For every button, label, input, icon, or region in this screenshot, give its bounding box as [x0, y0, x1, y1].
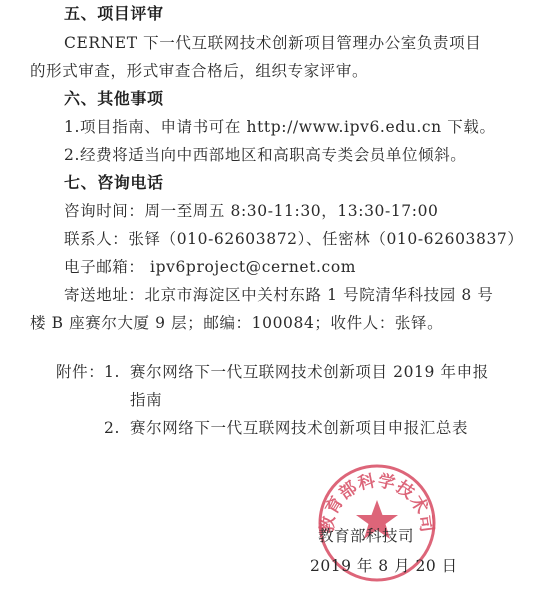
- paragraph: 1.项目指南、申请书可在 http://www.ipv6.edu.cn 下载。: [64, 117, 496, 137]
- section-heading-contact: 七、咨询电话: [64, 173, 164, 193]
- paragraph: CERNET 下一代互联网技术创新项目管理办公室负责项目: [64, 33, 481, 53]
- paragraph: 的形式审查，形式审查合格后，组织专家评审。: [30, 61, 368, 81]
- section-heading-other: 六、其他事项: [64, 89, 164, 109]
- contact-persons: 联系人：张铎（010-62603872）、任密林（010-62603837）: [64, 229, 523, 249]
- signing-date: 2019 年 8 月 20 日: [310, 554, 458, 576]
- attachment-1-title: 赛尔网络下一代互联网技术创新项目 2019 年申报: [130, 362, 489, 382]
- attachment-2-num: 2.: [104, 418, 120, 438]
- consult-hours: 咨询时间：周一至周五 8:30-11:30，13:30-17:00: [64, 201, 439, 221]
- attachment-1-num: 1.: [104, 362, 120, 382]
- attachment-2-title: 赛尔网络下一代互联网技术创新项目申报汇总表: [130, 418, 468, 438]
- signing-organization: 教育部科技司: [318, 524, 414, 546]
- section-heading-review: 五、项目评审: [64, 4, 164, 24]
- mailing-address-cont: 楼 B 座赛尔大厦 9 层；邮编：100084；收件人：张铎。: [30, 313, 443, 333]
- contact-email: 电子邮箱： ipv6project@cernet.com: [64, 257, 356, 277]
- attachment-1-title-cont: 指南: [130, 390, 162, 410]
- paragraph: 2.经费将适当向中西部地区和高职高专类会员单位倾斜。: [64, 145, 466, 165]
- mailing-address: 寄送地址：北京市海淀区中关村东路 1 号院清华科技园 8 号: [64, 285, 493, 305]
- attachments-label: 附件：: [56, 362, 104, 382]
